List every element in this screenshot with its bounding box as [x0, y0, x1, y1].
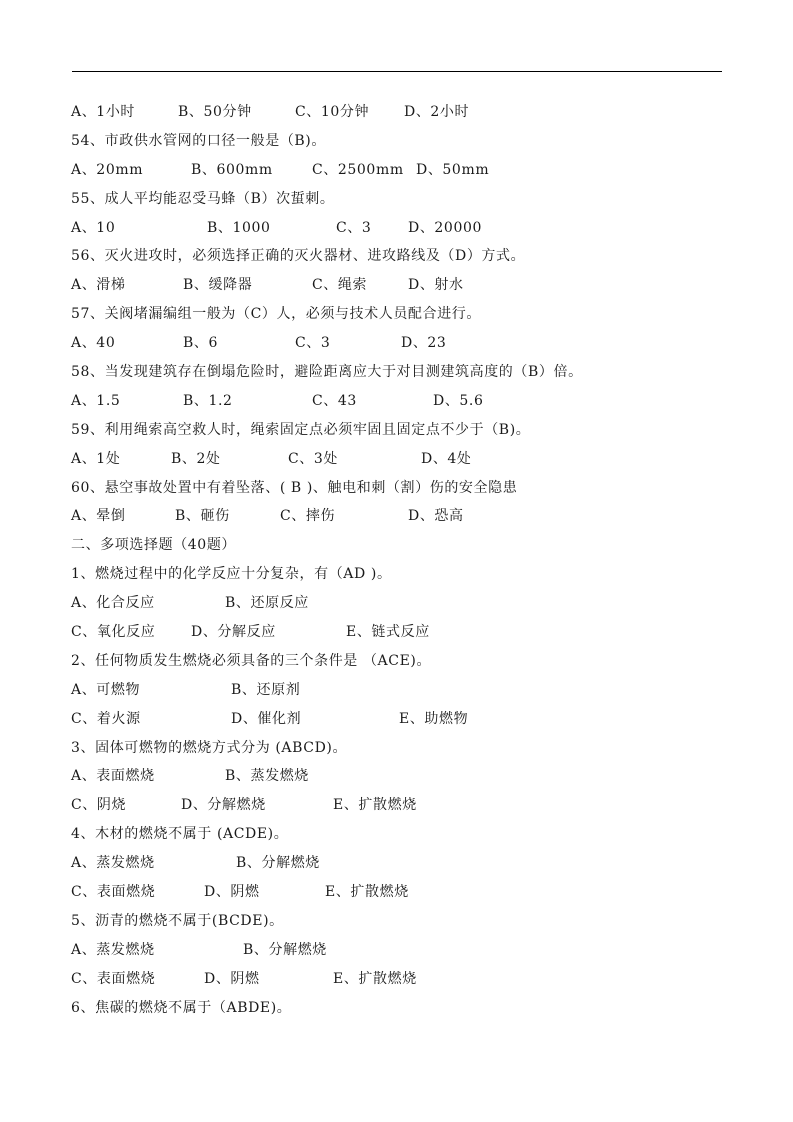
- question-text: 59、利用绳索高空救人时，绳索固定点必须牢固且固定点不少于（B)。: [71, 416, 731, 445]
- answer-option: C、43: [312, 387, 357, 416]
- question-text: 6、焦碳的燃烧不属于（ABDE)。: [71, 994, 731, 1023]
- answer-options: A、滑梯B、缓降器C、绳索D、射水: [71, 271, 731, 300]
- answer-options: C、表面燃烧D、阴燃E、扩散燃烧: [71, 965, 731, 994]
- answer-option: B、蒸发燃烧: [225, 762, 309, 791]
- section-heading: 二、多项选择题（40题）: [71, 531, 731, 560]
- answer-option: C、表面燃烧: [71, 878, 155, 907]
- answer-option: B、还原剂: [231, 676, 300, 705]
- question-text: 2、任何物质发生燃烧必须具备的三个条件是 （ACE)。: [71, 647, 731, 676]
- answer-option: D、50mm: [416, 156, 489, 185]
- answer-option: C、10分钟: [295, 98, 369, 127]
- answer-option: E、助燃物: [399, 705, 468, 734]
- question-text: 60、悬空事故处置中有着坠落、( B )、触电和刺（割）伤的安全隐患: [71, 474, 731, 503]
- answer-options: A、1.5B、1.2C、43D、5.6: [71, 387, 731, 416]
- answer-option: A、化合反应: [71, 589, 155, 618]
- answer-option: D、催化剂: [231, 705, 301, 734]
- answer-options: A、表面燃烧B、蒸发燃烧: [71, 762, 731, 791]
- header-rule: [72, 71, 722, 72]
- answer-option: B、砸伤: [175, 502, 230, 531]
- answer-option: D、5.6: [433, 387, 484, 416]
- answer-options: C、表面燃烧D、阴燃E、扩散燃烧: [71, 878, 731, 907]
- answer-options: A、10B、1000C、3D、20000: [71, 214, 731, 243]
- answer-options: C、氧化反应D、分解反应E、链式反应: [71, 618, 731, 647]
- answer-options: A、1处B、2处C、3处D、4处: [71, 445, 731, 474]
- answer-option: E、扩散燃烧: [333, 965, 417, 994]
- answer-options: C、阴烧D、分解燃烧E、扩散燃烧: [71, 791, 731, 820]
- answer-option: B、分解燃烧: [243, 936, 327, 965]
- answer-option: D、阴燃: [204, 878, 260, 907]
- answer-options: A、40B、6C、3D、23: [71, 329, 731, 358]
- answer-option: B、1.2: [183, 387, 233, 416]
- question-text: 5、沥青的燃烧不属于(BCDE)。: [71, 907, 731, 936]
- answer-option: B、600mm: [191, 156, 273, 185]
- answer-option: A、40: [71, 329, 115, 358]
- answer-option: A、滑梯: [71, 271, 126, 300]
- answer-option: E、扩散燃烧: [325, 878, 409, 907]
- answer-option: A、1.5: [71, 387, 120, 416]
- document-body: A、1小时B、50分钟C、10分钟D、2小时54、市政供水管网的口径一般是（B)…: [71, 98, 731, 1023]
- answer-option: D、23: [401, 329, 446, 358]
- question-text: 58、当发现建筑存在倒塌危险时，避险距离应大于对目测建筑高度的（B）倍。: [71, 358, 731, 387]
- answer-option: A、蒸发燃烧: [71, 936, 155, 965]
- answer-option: C、表面燃烧: [71, 965, 155, 994]
- answer-options: A、化合反应B、还原反应: [71, 589, 731, 618]
- question-text: 55、成人平均能忍受马蜂（B）次蜇刺。: [71, 185, 731, 214]
- answer-option: D、2小时: [404, 98, 469, 127]
- answer-options: A、蒸发燃烧B、分解燃烧: [71, 936, 731, 965]
- answer-option: A、表面燃烧: [71, 762, 155, 791]
- answer-option: E、链式反应: [346, 618, 430, 647]
- answer-options: A、1小时B、50分钟C、10分钟D、2小时: [71, 98, 731, 127]
- answer-options: A、可燃物B、还原剂: [71, 676, 731, 705]
- answer-option: A、晕倒: [71, 502, 126, 531]
- question-text: 57、关阀堵漏编组一般为（C）人，必须与技术人员配合进行。: [71, 300, 731, 329]
- answer-option: D、4处: [421, 445, 472, 474]
- answer-option: A、10: [71, 214, 115, 243]
- answer-option: A、可燃物: [71, 676, 140, 705]
- answer-option: A、蒸发燃烧: [71, 849, 155, 878]
- answer-option: B、1000: [207, 214, 271, 243]
- answer-option: A、1处: [71, 445, 120, 474]
- answer-option: B、缓降器: [183, 271, 252, 300]
- answer-option: C、着火源: [71, 705, 141, 734]
- answer-options: A、晕倒B、砸伤C、摔伤D、恐高: [71, 502, 731, 531]
- answer-option: C、绳索: [312, 271, 367, 300]
- answer-option: D、阴燃: [204, 965, 260, 994]
- answer-options: A、蒸发燃烧B、分解燃烧: [71, 849, 731, 878]
- answer-option: B、6: [183, 329, 218, 358]
- answer-option: B、分解燃烧: [236, 849, 320, 878]
- answer-option: A、20mm: [71, 156, 143, 185]
- answer-option: C、3处: [288, 445, 338, 474]
- answer-option: B、50分钟: [178, 98, 252, 127]
- answer-option: C、摔伤: [280, 502, 335, 531]
- answer-option: C、氧化反应: [71, 618, 155, 647]
- answer-option: D、20000: [408, 214, 482, 243]
- answer-option: D、分解燃烧: [181, 791, 266, 820]
- question-text: 3、固体可燃物的燃烧方式分为 (ABCD)。: [71, 734, 731, 763]
- answer-option: D、分解反应: [191, 618, 276, 647]
- answer-option: D、射水: [408, 271, 464, 300]
- answer-option: B、2处: [171, 445, 221, 474]
- answer-option: C、2500mm: [312, 156, 404, 185]
- question-text: 1、燃烧过程中的化学反应十分复杂，有（AD )。: [71, 560, 731, 589]
- answer-option: E、扩散燃烧: [333, 791, 417, 820]
- answer-option: C、3: [295, 329, 330, 358]
- answer-option: D、恐高: [408, 502, 464, 531]
- answer-options: C、着火源D、催化剂E、助燃物: [71, 705, 731, 734]
- question-text: 56、灭火进攻时，必须选择正确的灭火器材、进攻路线及（D）方式。: [71, 242, 731, 271]
- answer-option: B、还原反应: [225, 589, 309, 618]
- answer-option: C、阴烧: [71, 791, 126, 820]
- answer-option: A、1小时: [71, 98, 135, 127]
- question-text: 4、木材的燃烧不属于 (ACDE)。: [71, 820, 731, 849]
- question-text: 54、市政供水管网的口径一般是（B)。: [71, 127, 731, 156]
- answer-option: C、3: [336, 214, 371, 243]
- answer-options: A、20mmB、600mmC、2500mmD、50mm: [71, 156, 731, 185]
